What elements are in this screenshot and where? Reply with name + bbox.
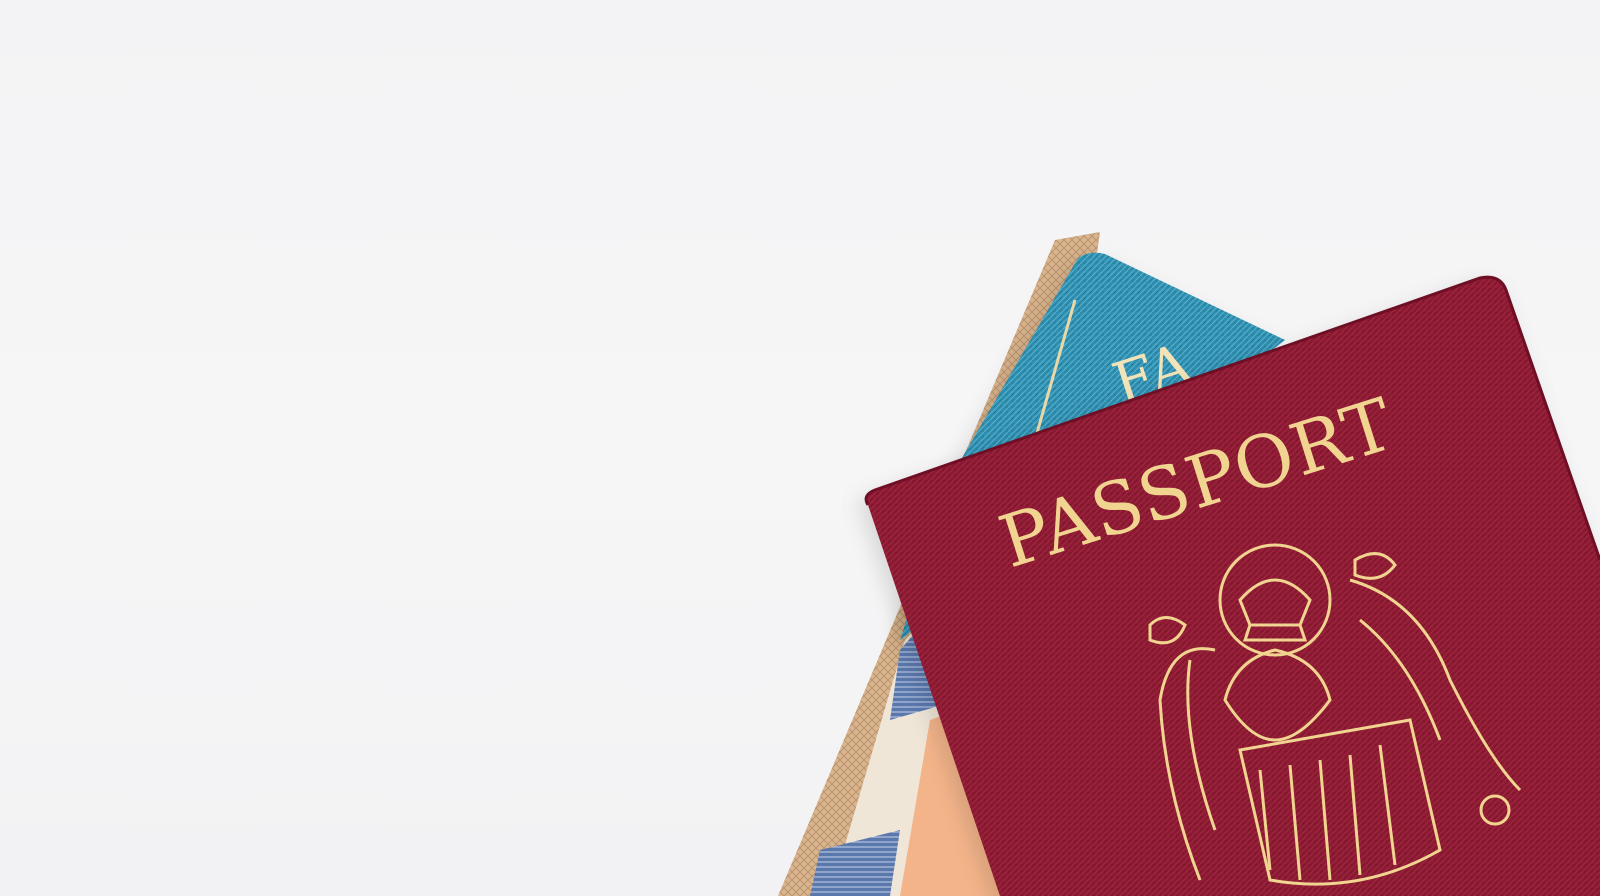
- photo-scene: FA PASSPORT: [0, 0, 1600, 896]
- passports-photo: FA PASSPORT: [0, 0, 1600, 896]
- red-passport: PASSPORT: [866, 277, 1600, 896]
